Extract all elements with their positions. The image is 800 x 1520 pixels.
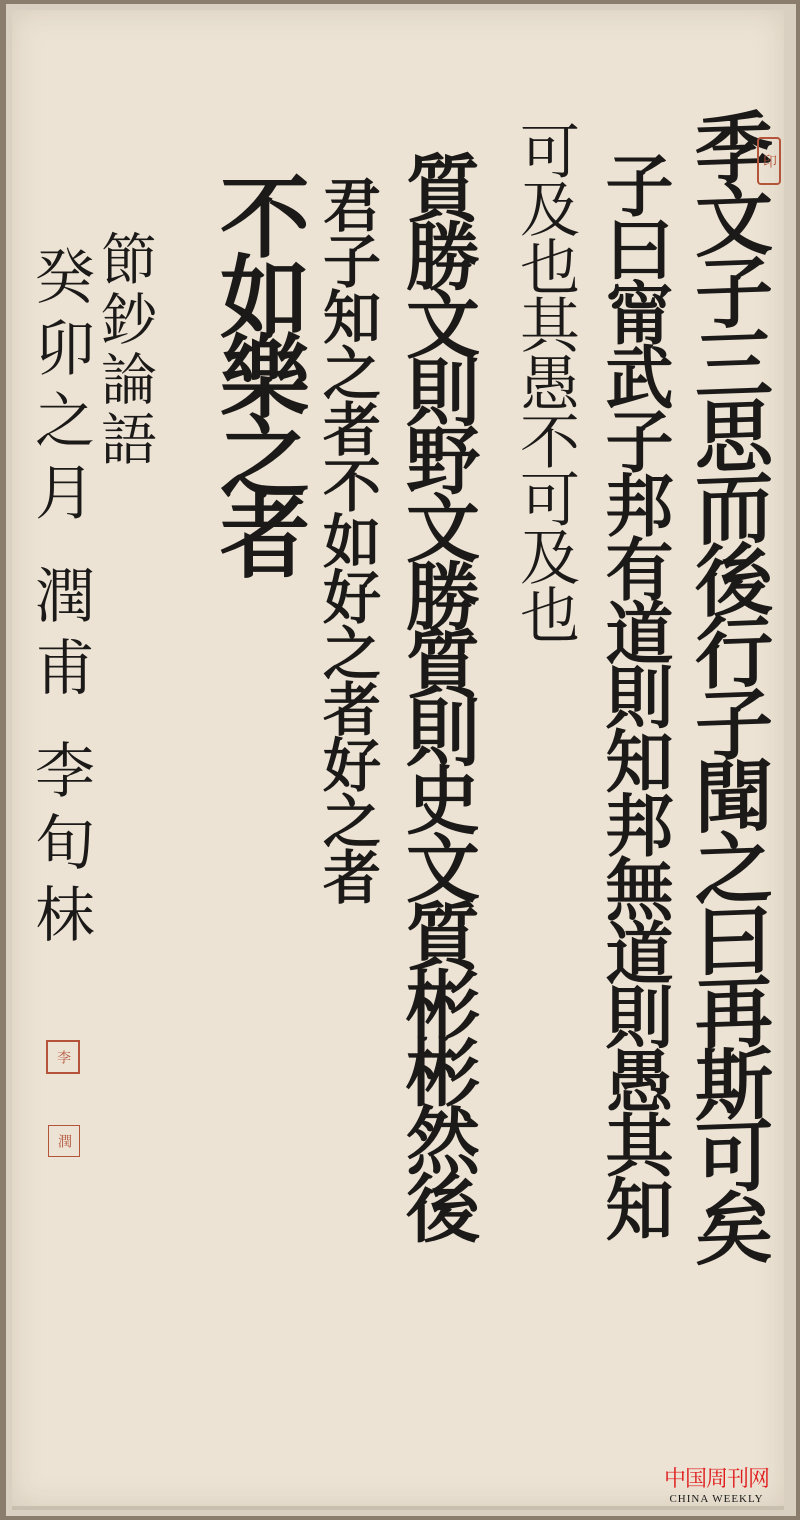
watermark-chinese: 中国周刊网 — [664, 1468, 769, 1492]
watermark-english: CHINA WEEKLY — [664, 1492, 769, 1506]
seal-name-icon: 李 — [46, 1040, 80, 1074]
watermark: 中国周刊网 CHINA WEEKLY — [664, 1468, 769, 1506]
calligraphy-column-1: 季文子三思而後行子聞之曰再斯可矣 — [688, 107, 766, 1262]
seal-studio-icon: 潤 — [48, 1125, 80, 1157]
calligraphy-column-4: 質勝文則野文勝質則史文質彬彬然後 — [400, 150, 474, 1238]
calligraphy-column-3: 可及也其愚不可及也 — [515, 120, 575, 642]
inscription-title: 節鈔論語 — [96, 230, 152, 470]
calligraphy-column-5: 君子知之者不如好之者好之者 — [318, 175, 376, 903]
inscription-signature: 癸卯之月 潤甫 李旬枺 — [30, 245, 90, 955]
paper-bottom-edge — [12, 1506, 784, 1510]
seal-top-right-icon: 印 — [757, 137, 781, 185]
calligraphy-column-6: 不如樂之者 — [212, 170, 302, 570]
calligraphy-column-2: 子曰甯武子邦有道則知邦無道則愚其知 — [600, 150, 668, 1238]
